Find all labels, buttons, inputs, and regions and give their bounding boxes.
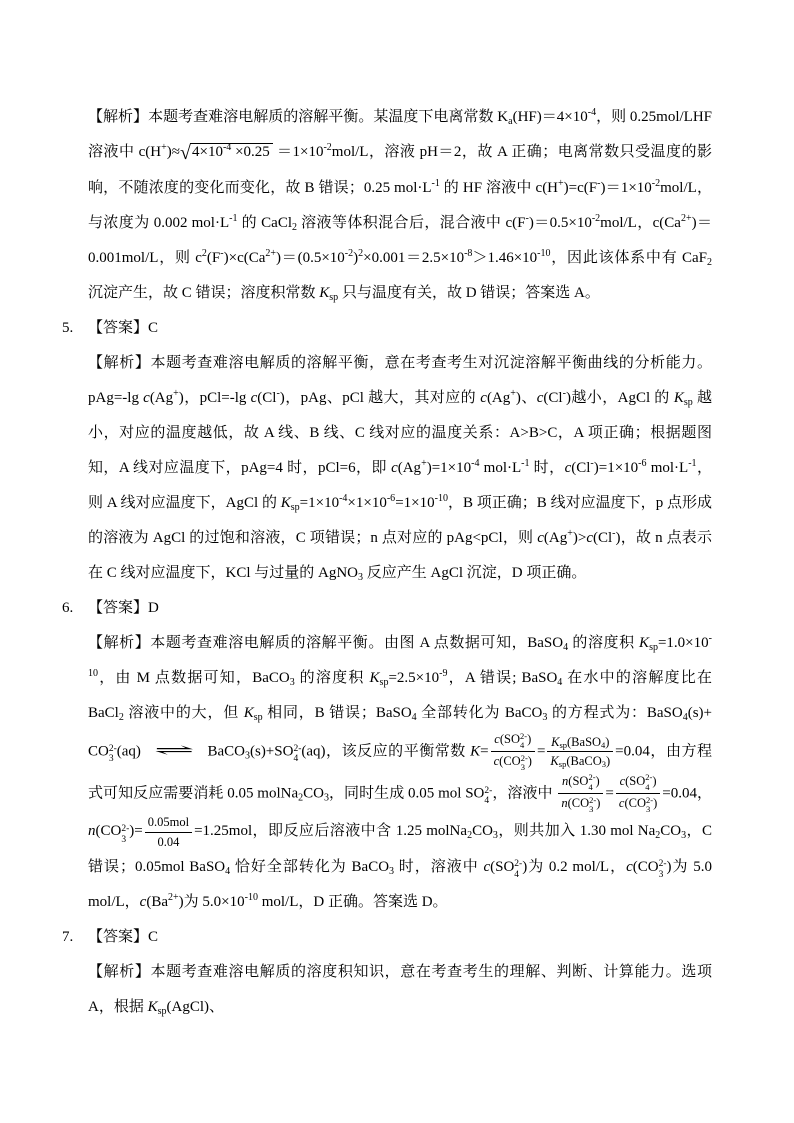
- text-run: 溶液中的大，但: [124, 705, 244, 721]
- text-run: ×1×10: [347, 495, 386, 511]
- italic-run: c: [391, 460, 398, 476]
- text-run: )≈: [167, 144, 180, 160]
- italic-run: c: [537, 530, 544, 546]
- fraction-denominator: n(CO2-3): [558, 793, 603, 814]
- text-run: mol/L，D 正确。答案选 D。: [258, 894, 448, 910]
- item-number: 6.: [62, 591, 88, 626]
- fraction-numerator: c(SO2-4): [616, 773, 660, 793]
- text-run: 【答案】D: [88, 600, 159, 616]
- text-run: CO: [472, 824, 493, 840]
- ion-charge-sub: 3: [109, 754, 117, 764]
- text-run: (Cl: [593, 530, 612, 546]
- text-run: ): [652, 774, 656, 788]
- text-run: (F: [207, 250, 220, 266]
- text-run: )=1×10: [427, 460, 471, 476]
- text-run: (Ag: [544, 530, 567, 546]
- square-root: √4×10-4 ×0.25: [180, 135, 273, 171]
- text-run: (Ag: [487, 390, 510, 406]
- fraction: n(SO2-4)n(CO2-3): [558, 773, 603, 815]
- superscript: -2: [592, 213, 600, 224]
- text-run: 【答案】C: [88, 320, 158, 336]
- text-run: 【答案】C: [88, 929, 158, 945]
- fraction: c(SO2-4)c(CO2-3): [491, 731, 535, 773]
- text-run: (Cl: [571, 460, 590, 476]
- text-run: (BaCO: [566, 754, 601, 768]
- subscript: sp: [291, 502, 300, 513]
- text-run: (Ba: [146, 894, 168, 910]
- text-run: ＞1.46×10: [472, 250, 537, 266]
- text-run: CO: [303, 785, 324, 801]
- text-run: =1.0×10: [658, 635, 709, 651]
- text-run: =1×10: [395, 495, 434, 511]
- superscript: -10: [537, 248, 550, 259]
- answer-line-q6: 6.【答案】D: [62, 591, 712, 626]
- text-run: ，则共加入 1.30 mol Na: [498, 824, 655, 840]
- text-run: 沉淀产生，故 C 错误；溶度积常数: [88, 285, 319, 301]
- text-run: )×c(Ca: [224, 250, 266, 266]
- radicand: 4×10-4 ×0.25: [190, 143, 273, 160]
- text-run: (CO: [499, 754, 521, 768]
- text-run: ×0.25: [231, 144, 269, 160]
- superscript: -2: [652, 178, 660, 189]
- text-run: =: [605, 785, 613, 801]
- text-run: )＝1×10: [600, 180, 651, 196]
- text-run: =: [480, 743, 488, 759]
- fraction-numerator: c(SO2-4): [491, 731, 535, 751]
- ion-charge-stack: 2-4: [588, 773, 595, 792]
- text-run: ，由 M 点数据可知，BaCO: [98, 670, 290, 686]
- superscript: -2: [345, 248, 353, 259]
- subscript: sp: [329, 292, 338, 303]
- equilibrium-arrow-icon: ⇌: [145, 734, 203, 769]
- superscript: -10: [245, 892, 258, 903]
- ion-charge-sub: 3: [521, 763, 528, 772]
- italic-run: K: [550, 754, 558, 768]
- text-run: ): [653, 796, 657, 810]
- text-run: )为 0.2 mol/L，: [522, 859, 626, 875]
- ion-charge-sub: 3: [659, 870, 667, 880]
- document-page: 【解析】本题考查难溶电解质的溶解平衡。某温度下电离常数 Ka(HF)＝4×10-…: [0, 0, 794, 1123]
- italic-run: c: [143, 390, 150, 406]
- text-run: )＝(0.5×10: [276, 250, 345, 266]
- text-run: 【解析】本题考查难溶电解质的溶解平衡。某温度下电离常数 K: [88, 109, 508, 125]
- text-run: ): [528, 754, 532, 768]
- subscript: sp: [158, 1006, 167, 1017]
- answer-line-q7: 7.【答案】C: [62, 920, 712, 955]
- text-run: 的溶度积: [295, 670, 370, 686]
- ion-charge-sup: 2-: [659, 859, 667, 869]
- superscript: -6: [387, 493, 395, 504]
- fraction-numerator: Ksp(BaSO4): [547, 734, 613, 751]
- text-run: =2.5×10: [388, 670, 439, 686]
- text-run: (s)+SO: [250, 743, 293, 759]
- fraction-denominator: c(CO2-3): [491, 751, 535, 772]
- text-run: 的溶度积: [568, 635, 639, 651]
- subscript: sp: [559, 740, 567, 750]
- superscript: 2+: [168, 892, 179, 903]
- superscript: -4: [588, 107, 596, 118]
- text-run: ，A 错误; BaSO: [447, 670, 557, 686]
- italic-run: K: [370, 670, 380, 686]
- text-run: )，pCl=-lg: [179, 390, 251, 406]
- ion-charge-sub: 4: [588, 783, 595, 792]
- text-run: (aq): [117, 743, 145, 759]
- text-run: (Ag: [398, 460, 421, 476]
- superscript: -1: [521, 458, 529, 469]
- text-run: ＝1×10: [273, 144, 324, 160]
- text-run: ×0.001＝2.5×10: [363, 250, 464, 266]
- subscript: 2: [707, 257, 712, 268]
- italic-run: K: [319, 285, 329, 301]
- answer-text: 【答案】D: [88, 600, 159, 616]
- italic-run: K: [244, 705, 254, 721]
- subscript: sp: [254, 712, 263, 723]
- fraction-denominator: 0.04: [145, 832, 192, 850]
- answer-text: 【答案】C: [88, 929, 158, 945]
- text-run: )=c(F: [564, 180, 597, 196]
- text-run: )为 5.0×10: [179, 894, 245, 910]
- subscript: sp: [684, 397, 693, 408]
- text-run: 的 HF 溶液中 c(H: [440, 180, 558, 196]
- text-run: )=: [129, 824, 142, 840]
- ion-charge-stack: 2-3: [521, 754, 528, 773]
- fraction: 0.05mol0.04: [145, 814, 192, 850]
- superscript: 2+: [265, 248, 276, 259]
- text-run: (BaSO: [567, 735, 601, 749]
- text-run: (Cl: [257, 390, 276, 406]
- ion-charge-stack: 2-3: [646, 796, 653, 815]
- solution-paragraph-q7: 【解析】本题考查难溶电解质的溶度积知识，意在考查考生的理解、判断、计算能力。选项…: [88, 955, 712, 1025]
- text-run: (SO: [490, 859, 514, 875]
- text-run: 相同，B 错误；BaSO: [263, 705, 412, 721]
- fraction-denominator: Ksp(BaCO3): [547, 751, 613, 769]
- italic-run: K: [639, 635, 649, 651]
- italic-run: c: [586, 530, 593, 546]
- superscript: -2: [323, 142, 331, 153]
- text-run: (HF)＝4×10: [513, 109, 588, 125]
- text-run: 的 CaCl: [237, 215, 292, 231]
- text-run: )＝0.5×10: [529, 215, 592, 231]
- text-run: =: [537, 743, 545, 759]
- fraction: c(SO2-4)c(CO2-3): [616, 773, 660, 815]
- text-run: mol·L: [479, 460, 521, 476]
- text-run: 时，: [530, 460, 565, 476]
- text-run: )越小，AgCl 的: [566, 390, 674, 406]
- text-run: (CO: [633, 859, 659, 875]
- text-run: (aq)，该反应的平衡常数: [301, 743, 470, 759]
- italic-run: n: [88, 824, 96, 840]
- text-run: BaCO: [203, 743, 245, 759]
- item-number: 7.: [62, 920, 88, 955]
- text-run: ): [596, 796, 600, 810]
- answer-text: 【答案】C: [88, 320, 158, 336]
- superscript: -1: [432, 178, 440, 189]
- superscript: 2+: [681, 213, 692, 224]
- text-run: mol·L: [647, 460, 689, 476]
- text-run: 反应产生 AgCl 沉淀，D 项正确。: [363, 565, 586, 581]
- solution-paragraph-q4: 【解析】本题考查难溶电解质的溶解平衡。某温度下电离常数 Ka(HF)＝4×10-…: [88, 100, 712, 311]
- superscript: -6: [638, 458, 646, 469]
- text-run: 全部转化为 BaCO: [417, 705, 543, 721]
- text-run: 溶液等体积混合后，混合液中 c(F: [297, 215, 525, 231]
- text-run: (AgCl)、: [167, 999, 225, 1015]
- fraction-numerator: 0.05mol: [145, 814, 192, 831]
- fraction-denominator: c(CO2-3): [616, 793, 660, 814]
- text-run: 【解析】本题考查难溶电解质的溶解平衡。由图 A 点数据可知，BaSO: [88, 635, 563, 651]
- text-run: )，pAg、pCl 越大，其对应的: [280, 390, 480, 406]
- italic-run: c: [626, 859, 633, 875]
- text-run: 4×10: [192, 144, 223, 160]
- text-run: ): [596, 774, 600, 788]
- ion-charge-sup: 2-: [109, 744, 117, 754]
- text-run: 0.04: [157, 835, 179, 849]
- text-run: 的方程式为：BaSO: [547, 705, 682, 721]
- text-run: (SO: [568, 774, 588, 788]
- italic-run: c: [480, 390, 487, 406]
- text-run: (CO: [568, 796, 590, 810]
- text-run: (SO: [625, 774, 645, 788]
- italic-run: K: [674, 390, 684, 406]
- text-run: 0.05mol: [148, 815, 189, 829]
- text-run: (Cl: [543, 390, 562, 406]
- text-run: )>: [573, 530, 586, 546]
- text-run: 只与温度有关，故 D 错误；答案选 A。: [338, 285, 600, 301]
- text-run: ): [605, 735, 609, 749]
- text-run: (CO: [624, 796, 646, 810]
- italic-run: K: [148, 999, 158, 1015]
- superscript: -1: [688, 458, 696, 469]
- text-run: ，溶液中: [492, 785, 556, 801]
- item-number: 5.: [62, 311, 88, 346]
- text-run: )、: [516, 390, 537, 406]
- text-run: 时，溶液中: [394, 859, 483, 875]
- fraction-numerator: n(SO2-4): [558, 773, 603, 793]
- solution-paragraph-q5: 【解析】本题考查难溶电解质的溶解平衡，意在考查考生对沉淀溶解平衡曲线的分析能力。…: [88, 346, 712, 591]
- italic-run: K: [281, 495, 291, 511]
- solution-paragraph-q6: 【解析】本题考查难溶电解质的溶解平衡。由图 A 点数据可知，BaSO4 的溶度积…: [88, 626, 712, 920]
- text-run: (SO: [500, 732, 520, 746]
- text-run: ，同时生成 0.05 mol SO: [329, 785, 484, 801]
- ion-charge-sub: 3: [646, 805, 653, 814]
- ion-charge-stack: 2-3: [659, 859, 667, 880]
- text-run: ): [527, 732, 531, 746]
- text-run: 恰好全部转化为 BaCO: [230, 859, 389, 875]
- italic-run: K: [470, 743, 480, 759]
- superscript: -10: [435, 493, 448, 504]
- subscript: sp: [649, 642, 658, 653]
- text-run: (CO: [96, 824, 122, 840]
- fraction: Ksp(BaSO4)Ksp(BaCO3): [547, 734, 613, 770]
- ion-charge-stack: 2-3: [109, 744, 117, 765]
- text-run: (Ag: [150, 390, 173, 406]
- text-run: =1×10: [300, 495, 339, 511]
- text-run: =0.04，: [662, 785, 712, 801]
- text-run: =1.25mol，即反应后溶液中含 1.25 molNa: [194, 824, 467, 840]
- text-run: mol/L，c(Ca: [600, 215, 681, 231]
- equilibrium-arrow-glyph: ⇌: [154, 734, 194, 769]
- text-run: )=1×10: [594, 460, 638, 476]
- text-run: CO: [660, 824, 681, 840]
- text-run: ): [606, 754, 610, 768]
- text-run: ，因此该体系中有 CaF: [551, 250, 708, 266]
- answer-line-q5: 5.【答案】C: [62, 311, 712, 346]
